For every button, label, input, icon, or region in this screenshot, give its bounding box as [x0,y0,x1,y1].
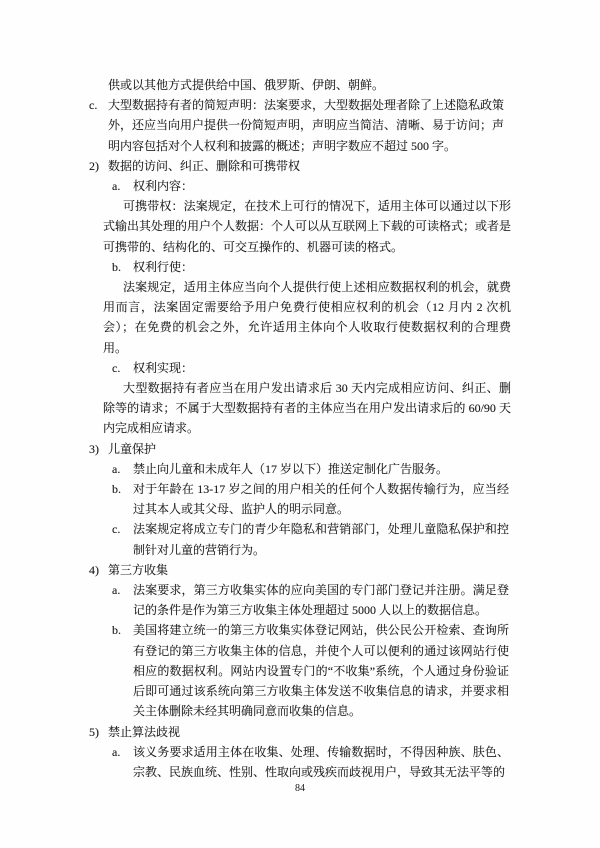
paragraph-text: 大型数据持有者的简短声明：法案要求，大型数据处理者除了上述隐私政策外，还应当向用… [108,98,504,152]
list-item: b.美国将建立统一的第三方收集实体登记网站，供公民公开检索、查询所有登记的第三方… [133,620,509,721]
paragraph-text: 权利行使： [133,260,193,274]
list-marker: a. [112,742,120,762]
document-page: 供或以其他方式提供给中国、俄罗斯、伊朗、朝鲜。c.大型数据持有者的简短声明：法案… [0,0,600,848]
paragraph-text: 法案要求，第三方收集实体的应向美国的专门部门登记并注册。满足登记的条件是作为第三… [133,583,509,617]
list-item: 4)第三方收集 [108,560,504,580]
paragraph-text: 权利内容： [133,179,193,193]
paragraph: 大型数据持有者应当在用户发出请求后 30 天内完成相应访问、纠正、删除等的请求；… [103,378,511,439]
list-marker: a. [112,459,120,479]
paragraph-text: 大型数据持有者应当在用户发出请求后 30 天内完成相应访问、纠正、删除等的请求；… [103,381,511,435]
paragraph-text: 儿童保护 [108,442,156,456]
list-item: c.大型数据持有者的简短声明：法案要求，大型数据处理者除了上述隐私政策外，还应当… [108,95,504,156]
list-item: a.该义务要求适用主体在收集、处理、传输数据时，不得因种族、肤色、宗教、民族血统… [133,742,509,782]
paragraph-text: 供或以其他方式提供给中国、俄罗斯、伊朗、朝鲜。 [108,78,384,92]
list-item: a.禁止向儿童和未成年人（17 岁以下）推送定制化广告服务。 [133,459,509,479]
list-item: a.权利内容： [133,176,509,196]
list-marker: c. [89,95,97,115]
list-item: 3)儿童保护 [108,439,504,459]
paragraph-text: 禁止算法歧视 [108,725,180,739]
list-marker: b. [112,620,121,640]
paragraph: 可携带权：法案规定，在技术上可行的情况下，适用主体可以通过以下形式输出其处理的用… [103,196,511,257]
list-marker: 4) [89,560,99,580]
list-item: 2)数据的访问、纠正、删除和可携带权 [108,156,504,176]
list-marker: 5) [89,722,99,742]
list-marker: a. [112,176,120,196]
list-item: a.法案要求，第三方收集实体的应向美国的专门部门登记并注册。满足登记的条件是作为… [133,580,509,620]
paragraph: 法案规定，适用主体应当向个人提供行使上述相应数据权利的机会，就费用而言，法案固定… [103,277,511,358]
list-item: c.权利实现： [133,358,509,378]
paragraph-text: 法案规定，适用主体应当向个人提供行使上述相应数据权利的机会，就费用而言，法案固定… [103,280,511,355]
list-marker: c. [112,519,120,539]
paragraph-text: 对于年龄在 13-17 岁之间的用户相关的任何个人数据传输行为，应当经过其本人或… [133,482,509,516]
list-item: b.权利行使： [133,257,509,277]
paragraph: 供或以其他方式提供给中国、俄罗斯、伊朗、朝鲜。 [108,75,504,95]
paragraph-text: 数据的访问、纠正、删除和可携带权 [108,159,300,173]
paragraph-text: 可携带权：法案规定，在技术上可行的情况下，适用主体可以通过以下形式输出其处理的用… [103,199,511,253]
list-item: b.对于年龄在 13-17 岁之间的用户相关的任何个人数据传输行为，应当经过其本… [133,479,509,519]
paragraph-text: 禁止向儿童和未成年人（17 岁以下）推送定制化广告服务。 [133,462,448,476]
list-marker: b. [112,257,121,277]
list-item: 5)禁止算法歧视 [108,722,504,742]
list-marker: 2) [89,156,99,176]
paragraph-text: 法案规定将成立专门的青少年隐私和营销部门，处理儿童隐私保护和控制针对儿童的营销行… [133,522,509,556]
list-marker: b. [112,479,121,499]
document-body: 供或以其他方式提供给中国、俄罗斯、伊朗、朝鲜。c.大型数据持有者的简短声明：法案… [0,75,600,782]
page-number: 84 [0,783,600,794]
list-marker: c. [112,358,120,378]
paragraph-text: 该义务要求适用主体在收集、处理、传输数据时，不得因种族、肤色、宗教、民族血统、性… [133,745,509,779]
list-marker: a. [112,580,120,600]
list-marker: 3) [89,439,99,459]
paragraph-text: 美国将建立统一的第三方收集实体登记网站，供公民公开检索、查询所有登记的第三方收集… [133,623,509,718]
paragraph-text: 第三方收集 [108,563,168,577]
paragraph-text: 权利实现： [133,361,193,375]
list-item: c.法案规定将成立专门的青少年隐私和营销部门，处理儿童隐私保护和控制针对儿童的营… [133,519,509,559]
